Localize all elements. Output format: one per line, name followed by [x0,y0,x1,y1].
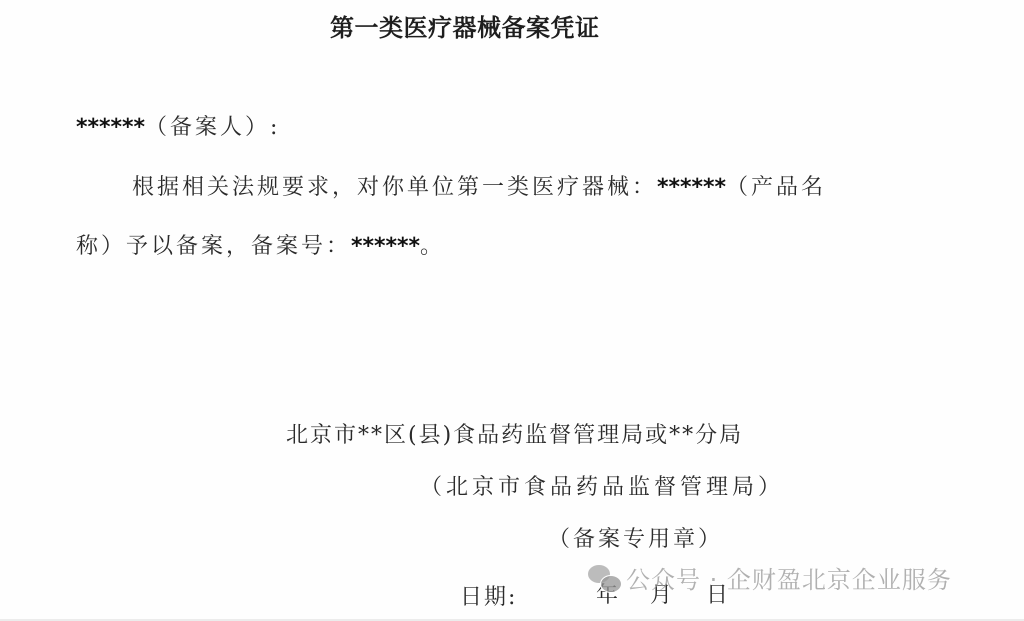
watermark: 公众号 · 企财盈北京企业服务 [588,560,952,595]
issuer-line-1: 北京市**区(县)食品药监督管理局或**分局 [286,418,743,449]
seal-note: （备案专用章） [548,522,723,553]
body-line2-prefix: 称）予以备案，备案号： [76,234,351,259]
filing-number-masked: ****** [351,234,420,259]
product-name-masked: ****** [657,175,726,200]
watermark-text: 公众号 · 企财盈北京企业服务 [626,560,952,595]
body-line1-prefix: 根据相关法规要求，对你单位第一类医疗器械： [132,175,657,200]
body-paragraph-line-2: 称）予以备案，备案号：******。 [76,229,445,260]
body-line2-suffix: 。 [420,234,445,259]
body-paragraph-line-1: 根据相关法规要求，对你单位第一类医疗器械：******（产品名 [132,170,826,201]
addressee-suffix: （备案人）: [145,115,280,140]
document-page: 第一类医疗器械备案凭证 ******（备案人）: 根据相关法规要求，对你单位第一… [0,0,1024,619]
issuer-line-2: （北京市食品药品监督管理局） [420,470,784,501]
date-label: 日期: [460,580,517,611]
document-title: 第一类医疗器械备案凭证 [330,8,600,43]
body-line1-suffix: （产品名 [726,175,826,200]
addressee-line: ******（备案人）: [76,110,280,141]
wechat-icon [588,563,622,593]
addressee-masked: ****** [76,115,145,140]
